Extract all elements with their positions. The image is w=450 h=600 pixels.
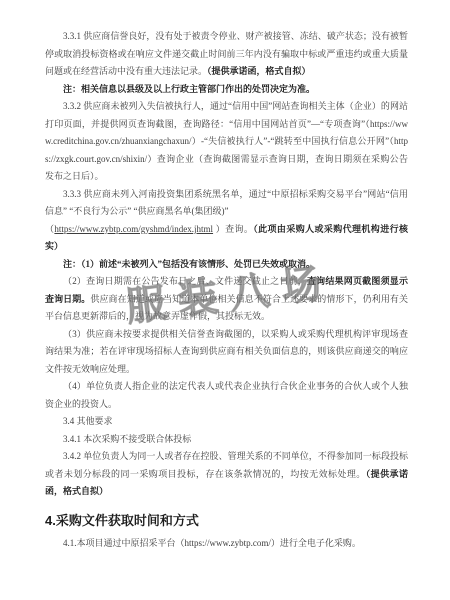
para-3-4: 3.4 其他要求 (45, 413, 408, 431)
text-run: 注：（1）前述“未被列入”包括没有该情形、处罚已失效或取消。 (63, 259, 315, 269)
para-3-3-2: 3.3.2 供应商未被列入失信被执行人，通过“信用中国”网站查询相关主体（企业）… (45, 98, 408, 186)
para-4-1: 4.1.本项目通过中原招采平台（https://www.zybtp.com/）进… (45, 535, 408, 553)
text-run: 4.1.本项目通过中原招采平台（https://www.zybtp.com/）进… (63, 538, 361, 548)
note-item-4: （4）单位负责人指企业的法定代表人或代表企业执行合伙企业事务的合伙人或个人独资企… (45, 378, 408, 413)
para-3-3-1: 3.3.1 供应商信誉良好，没有处于被责令停业、财产被接管、冻结、破产状态；没有… (45, 28, 408, 81)
note-penalty-basis: 注：相关信息以县级及以上行政主管部门作出的处罚决定为准。 (45, 81, 408, 99)
para-3-4-2: 3.4.2 单位负责人为同一人或者存在控股、管理关系的不同单位，不得参加同一标段… (45, 448, 408, 501)
document-page: 服装八场 3.3.1 供应商信誉良好，没有处于被责令停业、财产被接管、冻结、破产… (0, 0, 450, 600)
text-run: 供应商在知道或应当知道本单位相关信息不符合上述要求的情形下，仍利用有关平台信息更… (45, 294, 408, 322)
text-run: （3）供应商未按要求提供相关信誉查询截图的，以采购人或采购代理机构评审现场查询结… (45, 329, 408, 374)
text-run: （4）单位负责人指企业的法定代表人或代表企业执行合伙企业事务的合伙人或个人独资企… (45, 381, 408, 409)
text-run: （2）查询日期需在公告发布日之后、文件递交截止之日前， (63, 276, 307, 286)
text-run: 3.4 其他要求 (63, 416, 113, 426)
text-run: （提供承诺函，格式自拟） (207, 66, 311, 76)
text-run: 3.4.2 单位负责人为同一人或者存在控股、管理关系的不同单位，不得参加同一标段… (45, 451, 408, 479)
section-4-heading: 4.采购文件获取时间和方式 (45, 511, 408, 531)
note-item-1: 注：（1）前述“未被列入”包括没有该情形、处罚已失效或取消。 (45, 256, 408, 274)
text-run: 3.3.3 供应商未列入河南投资集团系统黑名单，通过“中原招标采购交易平台”网站… (45, 189, 408, 217)
text-run: 注：相关信息以县级及以上行政主管部门作出的处罚决定为准。 (63, 84, 315, 94)
document-content: 3.3.1 供应商信誉良好，没有处于被责令停业、财产被接管、冻结、破产状态；没有… (0, 0, 450, 552)
para-3-3-3: 3.3.3 供应商未列入河南投资集团系统黑名单，通过“中原招标采购交易平台”网站… (45, 186, 408, 221)
note-item-2: （2）查询日期需在公告发布日之后、文件递交截止之日前，查询结果网页截图须显示查询… (45, 273, 408, 326)
text-run: 3.4.1 本次采购不接受联合体投标 (63, 434, 191, 444)
url-link[interactable]: https://www.zybtp.com/gyshmd/index.jhtml (54, 224, 213, 234)
para-3-3-3-link-line: （https://www.zybtp.com/gyshmd/index.jhtm… (45, 221, 408, 256)
text-run: （ (45, 224, 54, 234)
text-run: 3.3.2 供应商未被列入失信被执行人，通过“信用中国”网站查询相关主体（企业）… (45, 101, 408, 181)
text-run: ）查询。 (213, 224, 253, 234)
para-3-4-1: 3.4.1 本次采购不接受联合体投标 (45, 431, 408, 449)
note-item-3: （3）供应商未按要求提供相关信誉查询截图的，以采购人或采购代理机构评审现场查询结… (45, 326, 408, 379)
